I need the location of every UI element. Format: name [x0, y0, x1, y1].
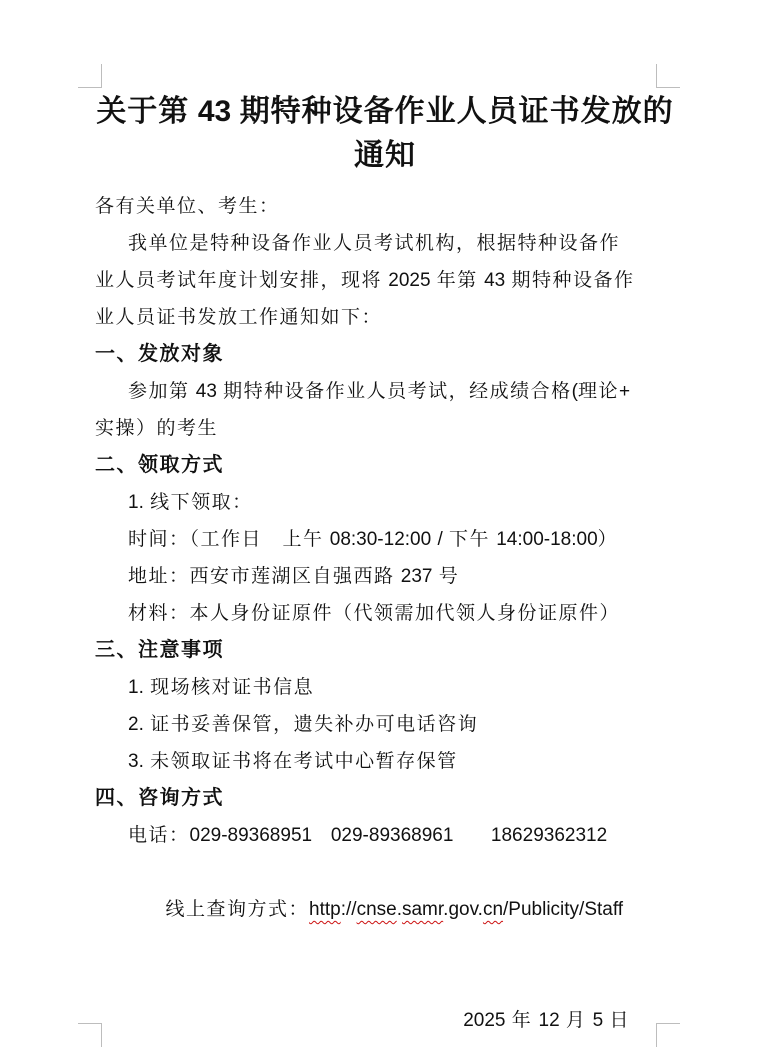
url-segment: samr	[402, 899, 443, 920]
document-content: 关于第 43 期特种设备作业人员证书发放的 通知 各有关单位、考生： 我单位是特…	[95, 90, 675, 1039]
note-line-1: 1. 现场核对证书信息	[95, 669, 675, 706]
note-line-2: 2. 证书妥善保管，遗失补办可电话咨询	[95, 706, 675, 743]
cropmark-top-left-icon	[78, 64, 102, 88]
url-segment: cnse	[357, 899, 397, 920]
online-query-label: 线上查询方式：	[166, 899, 310, 920]
section-1-body-line-2: 实操）的考生	[95, 410, 675, 447]
salutation-line: 各有关单位、考生：	[95, 188, 675, 225]
pickup-materials-line: 材料：本人身份证原件（代领需加代领人身份证原件）	[95, 595, 675, 632]
pickup-address-line: 地址：西安市莲湖区自强西路 237 号	[95, 558, 675, 595]
phone-numbers-line: 电话：029-89368951 029-89368961 18629362312	[95, 817, 675, 854]
document-date: 2025 年 12 月 5 日	[95, 1002, 675, 1039]
section-4-heading: 四、咨询方式	[95, 780, 675, 817]
pickup-time-line: 时间：（工作日 上午 08:30-12:00 / 下午 14:00-18:00）	[95, 521, 675, 558]
intro-line-2: 业人员考试年度计划安排，现将 2025 年第 43 期特种设备作	[95, 262, 675, 299]
spacer-line	[95, 965, 675, 1002]
note-line-3: 3. 未领取证书将在考试中心暂存保管	[95, 743, 675, 780]
offline-pickup-line: 1. 线下领取：	[95, 484, 675, 521]
section-2-heading: 二、领取方式	[95, 447, 675, 484]
url-segment: /Publicity/Staff	[503, 899, 623, 920]
intro-line-3: 业人员证书发放工作通知如下：	[95, 299, 675, 336]
title-line-2: 通知	[95, 134, 675, 178]
document-title: 关于第 43 期特种设备作业人员证书发放的 通知	[95, 90, 675, 178]
cropmark-top-right-icon	[656, 64, 680, 88]
title-line-1: 关于第 43 期特种设备作业人员证书发放的	[95, 90, 675, 134]
section-1-heading: 一、发放对象	[95, 336, 675, 373]
online-query-line: 线上查询方式：http://cnse.samr.gov.cn/Publicity…	[95, 854, 675, 965]
url-segment: ://	[341, 899, 357, 920]
document-page: 关于第 43 期特种设备作业人员证书发放的 通知 各有关单位、考生： 我单位是特…	[0, 0, 764, 1053]
intro-line-1: 我单位是特种设备作业人员考试机构，根据特种设备作	[95, 225, 675, 262]
url-segment: http	[309, 899, 341, 920]
url-segment: .gov.	[443, 899, 483, 920]
section-3-heading: 三、注意事项	[95, 632, 675, 669]
url-segment: cn	[483, 899, 503, 920]
section-1-body-line-1: 参加第 43 期特种设备作业人员考试，经成绩合格(理论+	[95, 373, 675, 410]
